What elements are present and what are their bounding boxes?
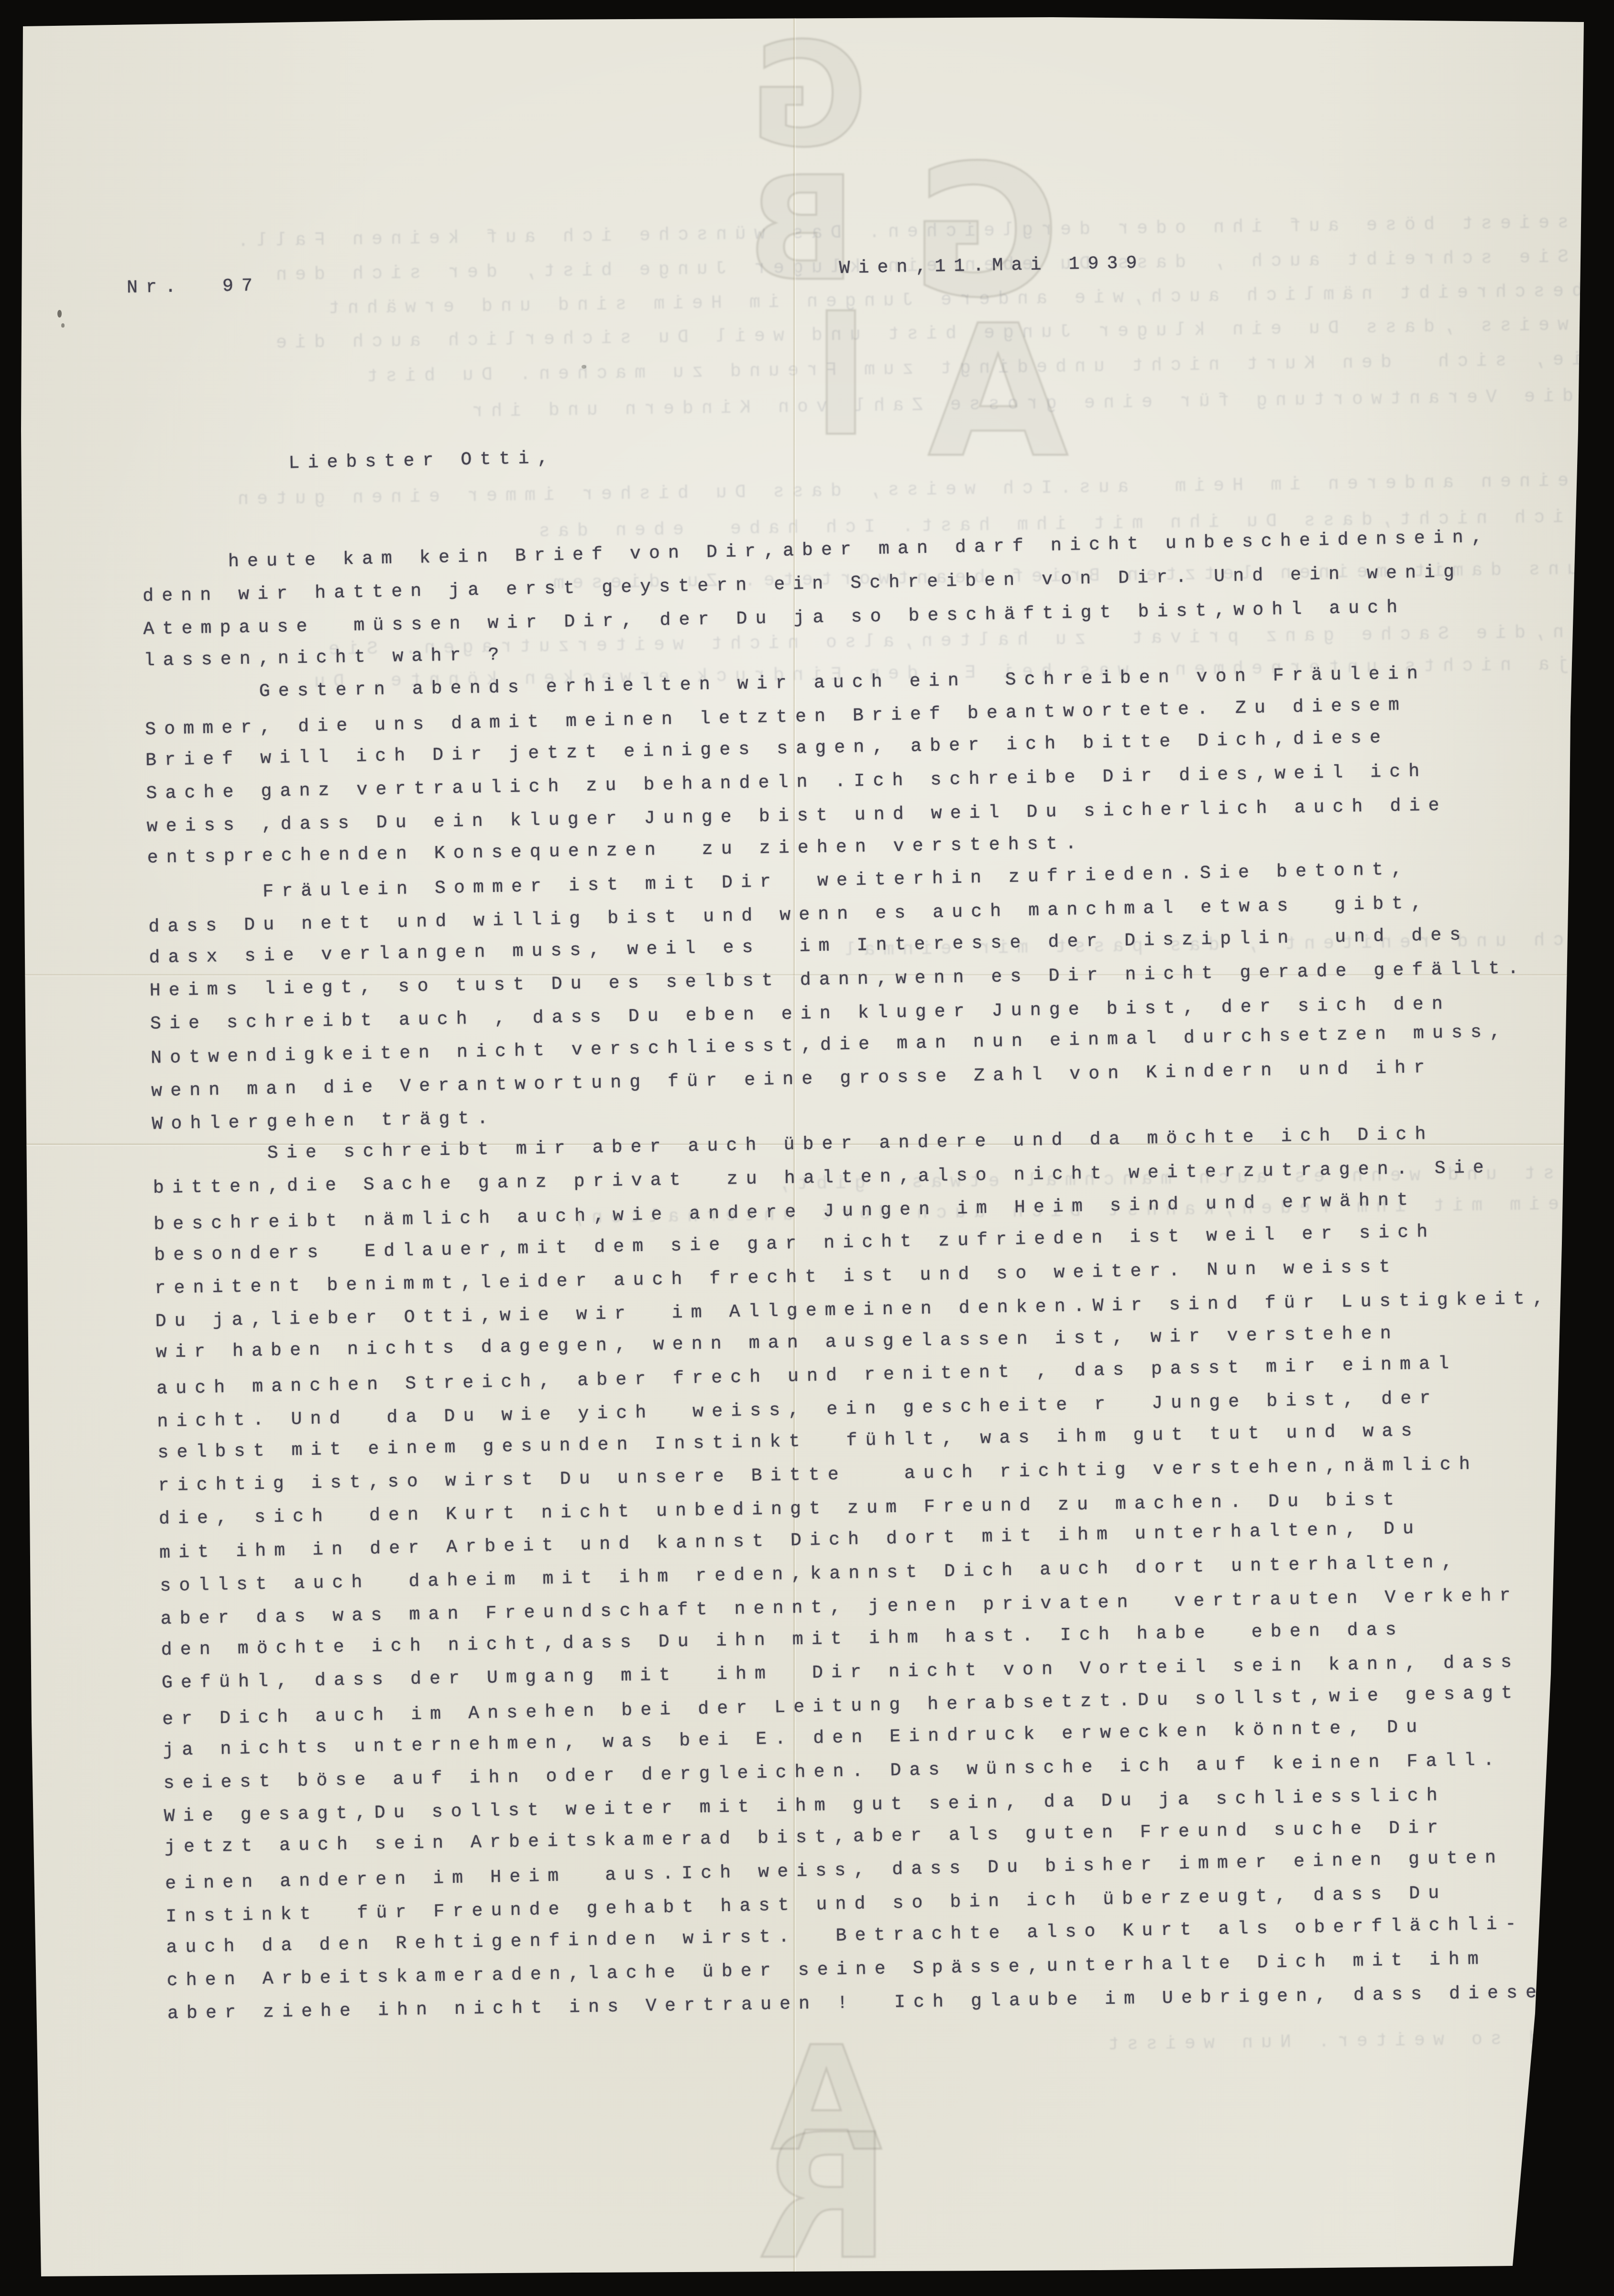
letter-body: heute kam kein Brief von Dir,aber man da… bbox=[0, 0, 1592, 3]
letter-page: seiest böse auf ihn oder dergleichen. Da… bbox=[0, 0, 1614, 2296]
typed-line: Atempause müssen wir Dir, der Du ja so b… bbox=[143, 599, 1406, 639]
typed-line: entsprechenden Konsequenzen zu ziehen ve… bbox=[147, 835, 1085, 867]
typed-line: Wohlergehen trägt. bbox=[152, 1110, 496, 1134]
typed-line: wenn man die Verantwortung für eine gros… bbox=[151, 1059, 1433, 1101]
typed-line: aber ziehe ihn nicht ins Vertrauen ! Ich… bbox=[167, 1984, 1545, 2023]
typed-line: Sache ganz vertraulich zu behandeln .Ich… bbox=[146, 762, 1428, 803]
typed-line: wir haben nichts dagegen, wenn man ausge… bbox=[156, 1325, 1400, 1362]
typed-line: Fräulein Sommer ist mit Dir weiterhin zu… bbox=[263, 860, 1411, 901]
dateline: Wien,11.Mai 1939 bbox=[839, 254, 1145, 277]
typed-line: Gestern abends erhielten wir auch ein Sc… bbox=[259, 665, 1427, 701]
typed-line: richtig ist,so wirst Du unsere Bitte auc… bbox=[158, 1455, 1479, 1495]
typed-text-layer: Nr. 97 Wien,11.Mai 1939 Liebster Otti, h… bbox=[0, 0, 1614, 2296]
letter-number: Nr. 97 bbox=[127, 277, 261, 297]
typed-line: renitent benimmt,leider auch frecht ist … bbox=[154, 1258, 1398, 1298]
typed-line: Sie schreibt mir aber auch über andere u… bbox=[267, 1125, 1434, 1163]
typed-line: den möchte ich nicht,dass Du ihn mit ihm… bbox=[161, 1621, 1405, 1659]
salutation: Liebster Otti, bbox=[288, 449, 557, 472]
typed-line: jetzt auch sein Arbeitskamerad bist,aber… bbox=[165, 1819, 1447, 1857]
typed-line: seiest böse auf ihn oder dergleichen. Da… bbox=[163, 1751, 1503, 1793]
typed-line: chen Arbeitskameraden,lache über seine S… bbox=[167, 1950, 1487, 1990]
typed-line: lassen,nicht wahr ? bbox=[143, 646, 507, 670]
scan-background: seiest böse auf ihn oder dergleichen. Da… bbox=[0, 0, 1614, 2296]
typed-line: weiss ,dass Du ein kluger Junge bist und… bbox=[146, 797, 1448, 836]
typed-line: Heims liegt, so tust Du es selbst dann,w… bbox=[149, 959, 1527, 1000]
